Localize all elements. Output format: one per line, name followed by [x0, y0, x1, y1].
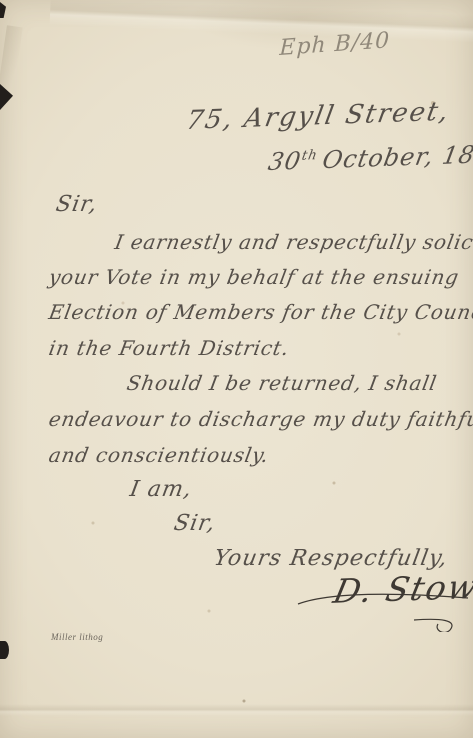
binding-mark-bottom — [0, 641, 9, 659]
address-line: 75, Argyll Street, — [184, 97, 452, 136]
date-day: 30 — [266, 147, 303, 176]
paper-crease-bottom — [0, 704, 473, 716]
letter-page: Eph B/40 75, Argyll Street, 30thOctober,… — [0, 0, 473, 738]
body-line: in the Fourth District. — [47, 336, 291, 360]
date-month-year: October, 1833. — [320, 139, 473, 174]
body-line: and conscientiously. — [47, 443, 271, 467]
paper-crease-top — [50, 0, 473, 43]
date-ordinal: th — [300, 148, 318, 164]
signoff-line: Sir, — [172, 511, 218, 536]
closing-line: Yours Respectfully, — [212, 546, 450, 571]
signature: D. Stow — [330, 567, 473, 611]
archive-reference-note: Eph B/40 — [279, 28, 390, 61]
signoff-line: I am, — [128, 477, 194, 502]
date-line: 30thOctober, 1833. — [266, 139, 473, 176]
binding-mark-top — [0, 2, 6, 18]
body-line: endeavour to discharge my duty faithfull… — [47, 407, 473, 431]
salutation: Sir, — [54, 192, 100, 217]
binding-mark-middle — [0, 84, 13, 110]
body-line: Should I be returned, I shall — [125, 371, 439, 395]
body-line: your Vote in my behalf at the ensuing — [47, 265, 461, 289]
printer-imprint: Miller lithog — [51, 632, 103, 642]
paper-specks — [0, 0, 2, 2]
body-line: Election of Members for the City Council — [47, 300, 473, 324]
body-line: I earnestly and respectfully solicit — [113, 230, 473, 254]
paper-corner-fold-shadow — [0, 25, 23, 97]
